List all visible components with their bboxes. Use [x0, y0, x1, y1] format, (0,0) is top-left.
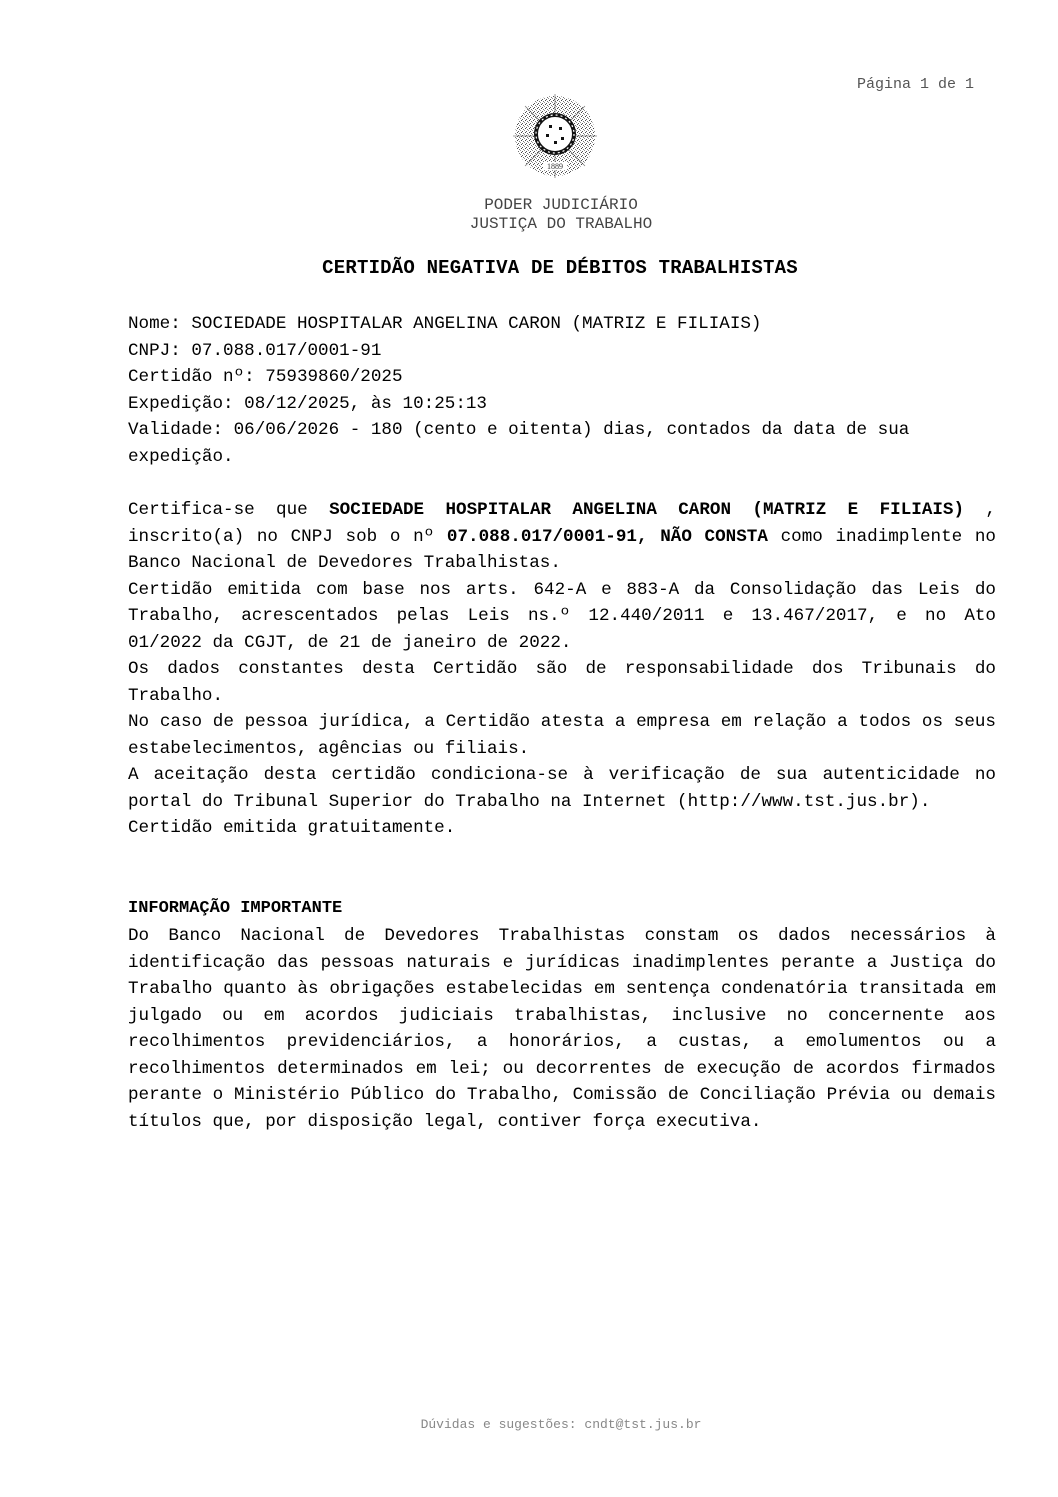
- certificate-info: Nome: SOCIEDADE HOSPITALAR ANGELINA CARO…: [128, 311, 996, 470]
- important-info: Do Banco Nacional de Devedores Trabalhis…: [128, 923, 996, 1135]
- footer-email[interactable]: cndt@tst.jus.br: [584, 1417, 701, 1432]
- info-cnpj: CNPJ: 07.088.017/0001-91: [128, 338, 996, 365]
- brazil-coat-of-arms-icon: 1889: [509, 92, 601, 184]
- responsibility-paragraph: Os dados constantes desta Certidão são d…: [128, 656, 996, 709]
- footer-contact: Dúvidas e sugestões: cndt@tst.jus.br: [0, 1417, 1058, 1432]
- page-indicator: Página 1 de 1: [857, 76, 974, 93]
- info-expedicao: Expedição: 08/12/2025, às 10:25:13: [128, 391, 996, 418]
- important-info-heading: INFORMAÇÃO IMPORTANTE: [128, 899, 342, 918]
- certification-statement: Certifica-se que SOCIEDADE HOSPITALAR AN…: [128, 497, 996, 577]
- company-name-bold: SOCIEDADE HOSPITALAR ANGELINA CARON (MAT…: [329, 500, 964, 520]
- legal-basis-paragraph: Certidão emitida com base nos arts. 642-…: [128, 577, 996, 657]
- free-issue-paragraph: Certidão emitida gratuitamente.: [128, 815, 996, 842]
- info-validade: Validade: 06/06/2026 - 180 (cento e oite…: [128, 417, 996, 470]
- cnpj-status-bold: 07.088.017/0001-91, NÃO CONSTA: [447, 527, 768, 547]
- info-nome: Nome: SOCIEDADE HOSPITALAR ANGELINA CARO…: [128, 311, 996, 338]
- header-justica-do-trabalho: JUSTIÇA DO TRABALHO: [0, 215, 1058, 234]
- legal-entity-paragraph: No caso de pessoa jurídica, a Certidão a…: [128, 709, 996, 762]
- page-title: CERTIDÃO NEGATIVA DE DÉBITOS TRABALHISTA…: [0, 257, 1058, 279]
- certification-text: Certifica-se que SOCIEDADE HOSPITALAR AN…: [128, 497, 996, 842]
- header-poder-judiciario: PODER JUDICIÁRIO: [0, 196, 1058, 215]
- info-certidao-numero: Certidão nº: 75939860/2025: [128, 364, 996, 391]
- svg-text:1889: 1889: [547, 162, 563, 171]
- footer-label: Dúvidas e sugestões:: [421, 1417, 577, 1432]
- important-info-body: Do Banco Nacional de Devedores Trabalhis…: [128, 923, 996, 1135]
- header: PODER JUDICIÁRIO JUSTIÇA DO TRABALHO: [0, 196, 1058, 234]
- authenticity-paragraph: A aceitação desta certidão condiciona-se…: [128, 762, 996, 815]
